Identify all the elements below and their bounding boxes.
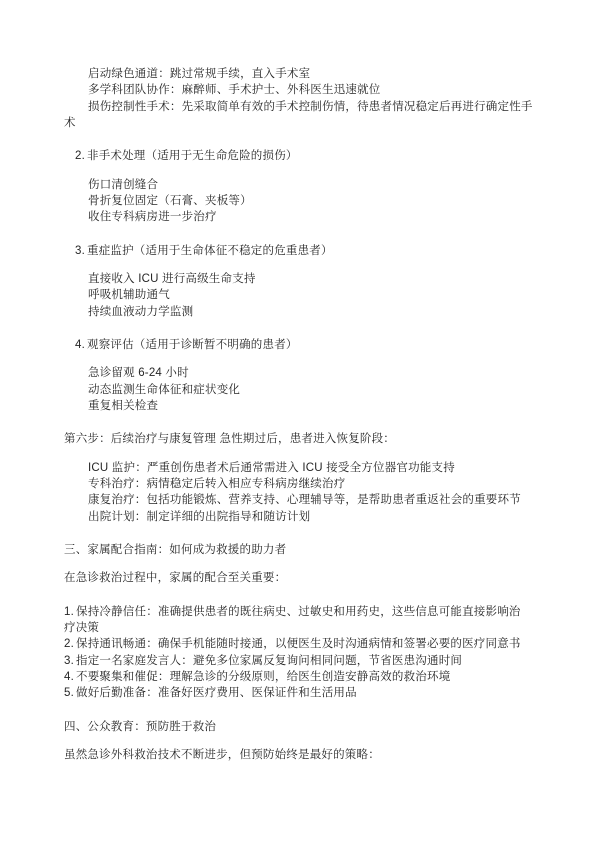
family-guideline-list: 1.保持冷静信任：准确提供患者的既往病史、过敏史和用药史，这些信息可能直接影响治… [64, 604, 531, 702]
section-4-heading: 四、公众教育：预防胜于救治 [64, 719, 531, 735]
line-text: 动态监测生命体征和症状变化 [88, 384, 240, 396]
section-3-intro: 在急诊救治过程中，家属的配合至关重要： [64, 570, 531, 586]
line-text: 不要聚集和催促：理解急诊的分级原则，给医生创造安静高效的救治环境 [76, 671, 450, 683]
text-line: 多学科团队协作：麻醉师、手术护士、外科医生迅速就位 [64, 82, 531, 98]
text-line: 专科治疗：病情稳定后转入相应专科病房继续治疗 [64, 476, 531, 492]
line-text: 出院计划：制定详细的出院指导和随访计划 [88, 511, 310, 523]
icu-care-measures: 直接收入 ICU 进行高级生命支持呼吸机辅助通气持续血液动力学监测 [64, 271, 531, 320]
line-text: 康复治疗：包括功能锻炼、营养支持、心理辅导等，是帮助患者重返社会的重要环节 [88, 494, 521, 506]
item-3-icu-care: 3.重症监护（适用于生命体征不稳定的危重患者） [64, 243, 531, 259]
text-line: 4.不要聚集和催促：理解急诊的分级原则，给医生创造安静高效的救治环境 [64, 669, 531, 685]
document-page: 启动绿色通道：跳过常规手续，直入手术室多学科团队协作：麻醉师、手术护士、外科医生… [0, 0, 595, 841]
line-text: 第六步：后续治疗与康复管理 急性期过后，患者进入恢复阶段： [64, 433, 395, 445]
text-line: 5.做好后勤准备：准备好医疗费用、医保证件和生活用品 [64, 685, 531, 701]
text-line: 启动绿色通道：跳过常规手续，直入手术室 [64, 66, 531, 82]
text-line: 2.保持通讯畅通：确保手机能随时接通，以便医生及时沟通病情和签署必要的医疗同意书 [64, 636, 531, 652]
line-text: 在急诊救治过程中，家属的配合至关重要： [64, 572, 286, 584]
list-number: 3. [75, 243, 87, 259]
recovery-measures: ICU 监护：严重创伤患者术后通常需进入 ICU 接受全方位器官功能支持专科治疗… [64, 460, 531, 525]
item-2-non-surgical: 2.非手术处理（适用于无生命危险的损伤） [64, 148, 531, 164]
line-text: 虽然急诊外科救治技术不断进步，但预防始终是最好的策略： [64, 749, 380, 761]
text-line: 虽然急诊外科救治技术不断进步，但预防始终是最好的策略： [64, 747, 531, 763]
text-line: 3.指定一名家庭发言人：避免多位家属反复询问相同问题，节省医患沟通时间 [64, 653, 531, 669]
line-text: 观察评估（适用于诊断暂不明确的患者） [87, 339, 298, 351]
line-text: 骨折复位固定（石膏、夹板等） [88, 195, 252, 207]
text-line: 骨折复位固定（石膏、夹板等） [64, 193, 531, 209]
list-number: 2. [64, 636, 76, 652]
text-line: 在急诊救治过程中，家属的配合至关重要： [64, 570, 531, 586]
list-number: 3. [64, 653, 76, 669]
line-text: 急诊留观 6-24 小时 [88, 367, 189, 379]
text-line: 出院计划：制定详细的出院指导和随访计划 [64, 509, 531, 525]
text-line: 持续血液动力学监测 [64, 304, 531, 320]
section-3-heading: 三、家属配合指南：如何成为救援的助力者 [64, 542, 531, 558]
list-number: 1. [64, 604, 76, 620]
text-line: 4.观察评估（适用于诊断暂不明确的患者） [64, 337, 531, 353]
text-line: 急诊留观 6-24 小时 [64, 365, 531, 381]
line-text: 三、家属配合指南：如何成为救援的助力者 [64, 544, 286, 556]
line-text: 保持通讯畅通：确保手机能随时接通，以便医生及时沟通病情和签署必要的医疗同意书 [76, 638, 521, 650]
list-number: 5. [64, 685, 76, 701]
line-text: 指定一名家庭发言人：避免多位家属反复询问相同问题，节省医患沟通时间 [76, 655, 462, 667]
line-text: 保持冷静信任：准确提供患者的既往病史、过敏史和用药史，这些信息可能直接影响治 [76, 606, 521, 618]
list-number: 4. [75, 337, 87, 353]
line-text: 专科治疗：病情稳定后转入相应专科病房继续治疗 [88, 478, 345, 490]
text-line: 重复相关检查 [64, 398, 531, 414]
line-text: 启动绿色通道：跳过常规手续，直入手术室 [88, 68, 310, 80]
line-text: 重症监护（适用于生命体征不稳定的危重患者） [87, 245, 333, 257]
text-line: 呼吸机辅助通气 [64, 287, 531, 303]
line-text: 术 [64, 117, 76, 129]
text-line: 收住专科病房进一步治疗 [64, 209, 531, 225]
line-text: 持续血液动力学监测 [88, 306, 193, 318]
non-surgical-measures: 伤口清创缝合骨折复位固定（石膏、夹板等）收住专科病房进一步治疗 [64, 177, 531, 226]
text-line: 直接收入 ICU 进行高级生命支持 [64, 271, 531, 287]
line-text: ICU 监护：严重创伤患者术后通常需进入 ICU 接受全方位器官功能支持 [88, 462, 455, 474]
line-text: 收住专科病房进一步治疗 [88, 211, 217, 223]
damage-control-measures: 启动绿色通道：跳过常规手续，直入手术室多学科团队协作：麻醉师、手术护士、外科医生… [64, 66, 531, 131]
text-line: 三、家属配合指南：如何成为救援的助力者 [64, 542, 531, 558]
text-line: 1.保持冷静信任：准确提供患者的既往病史、过敏史和用药史，这些信息可能直接影响治 [64, 604, 531, 620]
observation-measures: 急诊留观 6-24 小时动态监测生命体征和症状变化重复相关检查 [64, 365, 531, 414]
line-text: 四、公众教育：预防胜于救治 [64, 721, 216, 733]
line-text: 做好后勤准备：准备好医疗费用、医保证件和生活用品 [76, 687, 357, 699]
text-line: 损伤控制性手术：先采取简单有效的手术控制伤情，待患者情况稳定后再进行确定性手 [64, 99, 531, 115]
list-number: 4. [64, 669, 76, 685]
text-line: 2.非手术处理（适用于无生命危险的损伤） [64, 148, 531, 164]
line-text: 非手术处理（适用于无生命危险的损伤） [87, 150, 298, 162]
line-text: 伤口清创缝合 [88, 179, 158, 191]
line-text: 呼吸机辅助通气 [88, 289, 170, 301]
line-text: 多学科团队协作：麻醉师、手术护士、外科医生迅速就位 [88, 84, 381, 96]
step-6-heading: 第六步：后续治疗与康复管理 急性期过后，患者进入恢复阶段： [64, 431, 531, 447]
line-text: 疗决策 [64, 622, 99, 634]
text-line: 四、公众教育：预防胜于救治 [64, 719, 531, 735]
document-body: 启动绿色通道：跳过常规手续，直入手术室多学科团队协作：麻醉师、手术护士、外科医生… [64, 66, 531, 763]
line-text: 损伤控制性手术：先采取简单有效的手术控制伤情，待患者情况稳定后再进行确定性手 [88, 101, 533, 113]
line-text: 直接收入 ICU 进行高级生命支持 [88, 273, 256, 285]
text-line: 动态监测生命体征和症状变化 [64, 382, 531, 398]
item-4-observation: 4.观察评估（适用于诊断暂不明确的患者） [64, 337, 531, 353]
text-line: 康复治疗：包括功能锻炼、营养支持、心理辅导等，是帮助患者重返社会的重要环节 [64, 492, 531, 508]
text-line: 疗决策 [64, 620, 531, 636]
section-4-intro: 虽然急诊外科救治技术不断进步，但预防始终是最好的策略： [64, 747, 531, 763]
text-line: 术 [64, 115, 531, 131]
line-text: 重复相关检查 [88, 400, 158, 412]
text-line: 第六步：后续治疗与康复管理 急性期过后，患者进入恢复阶段： [64, 431, 531, 447]
text-line: 3.重症监护（适用于生命体征不稳定的危重患者） [64, 243, 531, 259]
text-line: 伤口清创缝合 [64, 177, 531, 193]
text-line: ICU 监护：严重创伤患者术后通常需进入 ICU 接受全方位器官功能支持 [64, 460, 531, 476]
list-number: 2. [75, 148, 87, 164]
